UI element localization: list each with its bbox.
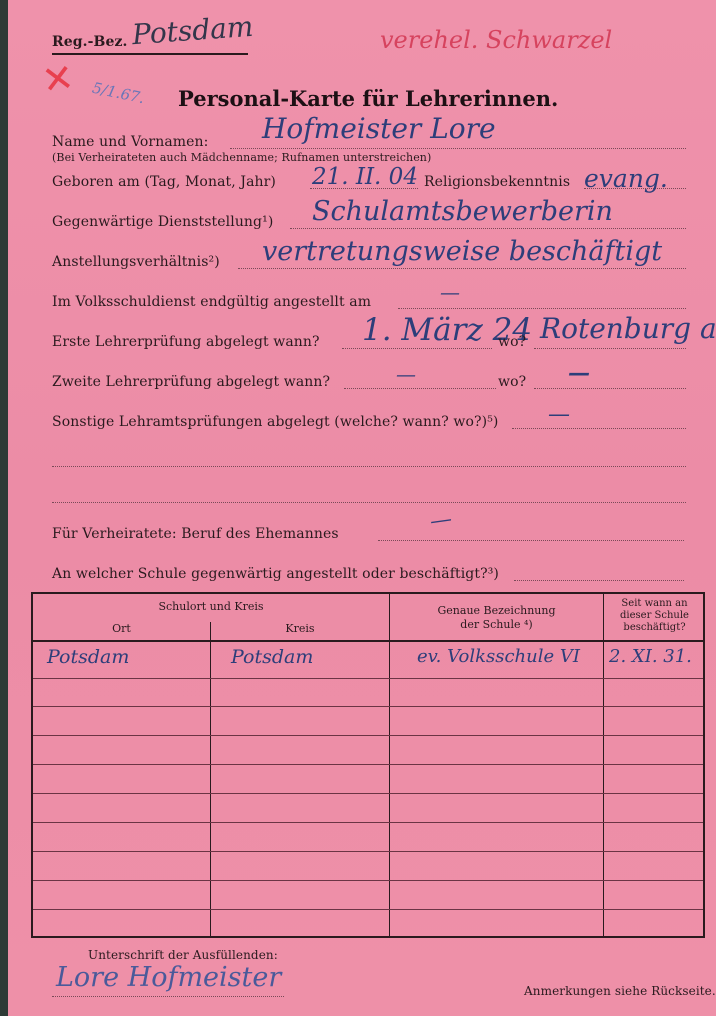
name-line (230, 148, 686, 149)
row-line (33, 822, 703, 823)
th-ort: Ort (33, 622, 210, 636)
th-school-name: Genaue Bezeichnung der Schule ⁴) (390, 604, 603, 632)
school-table: Schulort und Kreis Ort Kreis Genaue Beze… (31, 592, 705, 938)
col-divider (603, 594, 604, 936)
scan-edge (0, 0, 8, 1016)
second-exam-where-line (534, 388, 686, 389)
name-label: Name und Vornamen: (52, 134, 208, 150)
row-line (33, 851, 703, 852)
position-label: Gegenwärtige Dienststellung¹) (52, 214, 273, 230)
row-line (33, 909, 703, 910)
school-label: An welcher Schule gegenwärtig angestellt… (52, 566, 499, 582)
born-value: 21. II. 04 (312, 164, 418, 190)
cell-ort: Potsdam (47, 646, 129, 668)
footer-note: Anmerkungen siehe Rückseite. (524, 984, 716, 998)
th-school-name-line1: Genaue Bezeichnung (390, 604, 603, 618)
school-line (514, 580, 684, 581)
employment-line (238, 268, 686, 269)
other-exams-line (512, 428, 686, 429)
other-exams-value: — (548, 402, 570, 427)
first-exam-where: Rotenburg a.f. (540, 312, 716, 345)
cell-schule: ev. Volksschule VI (417, 646, 580, 667)
name-hint: (Bei Verheirateten auch Mädchenname; Ruf… (52, 151, 431, 164)
other-exams-label: Sonstige Lehramtsprüfungen abgelegt (wel… (52, 414, 498, 430)
husband-line (378, 540, 684, 541)
permanent-line (398, 308, 686, 309)
signature-value: Lore Hofmeister (56, 962, 281, 993)
col-divider (389, 594, 390, 936)
th-schulort-kreis: Schulort und Kreis (33, 600, 389, 614)
position-line (290, 228, 686, 229)
col-divider (210, 622, 211, 936)
first-exam-label: Erste Lehrerprüfung abgelegt wann? (52, 334, 320, 350)
row-line (33, 735, 703, 736)
header-divider (33, 640, 703, 642)
row-line (33, 706, 703, 707)
cell-kreis: Potsdam (231, 646, 313, 668)
th-school-name-line2: der Schule ⁴) (390, 618, 603, 632)
husband-value: — (428, 507, 453, 535)
reg-bez-underline (52, 53, 248, 55)
other-exams-line-3 (52, 502, 686, 503)
permanent-label: Im Volksschuldienst endgültig angestellt… (52, 294, 371, 310)
other-exams-line-2 (52, 466, 686, 467)
second-exam-where: — (568, 360, 590, 386)
second-exam-when: — (396, 362, 416, 386)
first-exam-when-line (342, 348, 492, 349)
employment-value: vertretungsweise beschäftigt (262, 236, 662, 267)
row-line (33, 793, 703, 794)
first-exam-where-line (534, 348, 686, 349)
name-value: Hofmeister Lore (262, 112, 496, 145)
second-exam-label: Zweite Lehrerprüfung abgelegt wann? (52, 374, 330, 390)
row-line (33, 678, 703, 679)
religion-value: evang. (584, 164, 668, 193)
signature-line (52, 996, 284, 997)
annotation-red: verehel. Schwarzel (380, 26, 612, 54)
reg-bez-label: Reg.-Bez. (52, 34, 127, 50)
religion-label: Religionsbekenntnis (424, 174, 570, 190)
row-line (33, 764, 703, 765)
second-exam-when-line (344, 388, 496, 389)
th-since-line1: Seit wann an (604, 598, 705, 610)
cell-seit: 2. XI. 31. (609, 646, 692, 667)
red-x-mark-icon: ✕ (40, 58, 77, 100)
second-exam-where-label: wo? (498, 374, 526, 390)
th-kreis: Kreis (211, 622, 389, 636)
position-value: Schulamtsbewerberin (312, 196, 613, 227)
th-since-line2: dieser Schule (604, 610, 705, 622)
first-exam-where-label: wo? (498, 334, 526, 350)
born-label: Geboren am (Tag, Monat, Jahr) (52, 174, 276, 190)
signature-label: Unterschrift der Ausfüllenden: (88, 948, 278, 962)
th-since-line3: beschäftigt? (604, 622, 705, 634)
husband-label: Für Verheiratete: Beruf des Ehemannes (52, 526, 339, 542)
page-title: Personal-Karte für Lehrerinnen. (178, 86, 558, 111)
permanent-value: — (440, 280, 460, 304)
row-line (33, 880, 703, 881)
employment-label: Anstellungsverhältnis²) (52, 254, 220, 270)
th-since: Seit wann an dieser Schule beschäftigt? (604, 598, 705, 634)
